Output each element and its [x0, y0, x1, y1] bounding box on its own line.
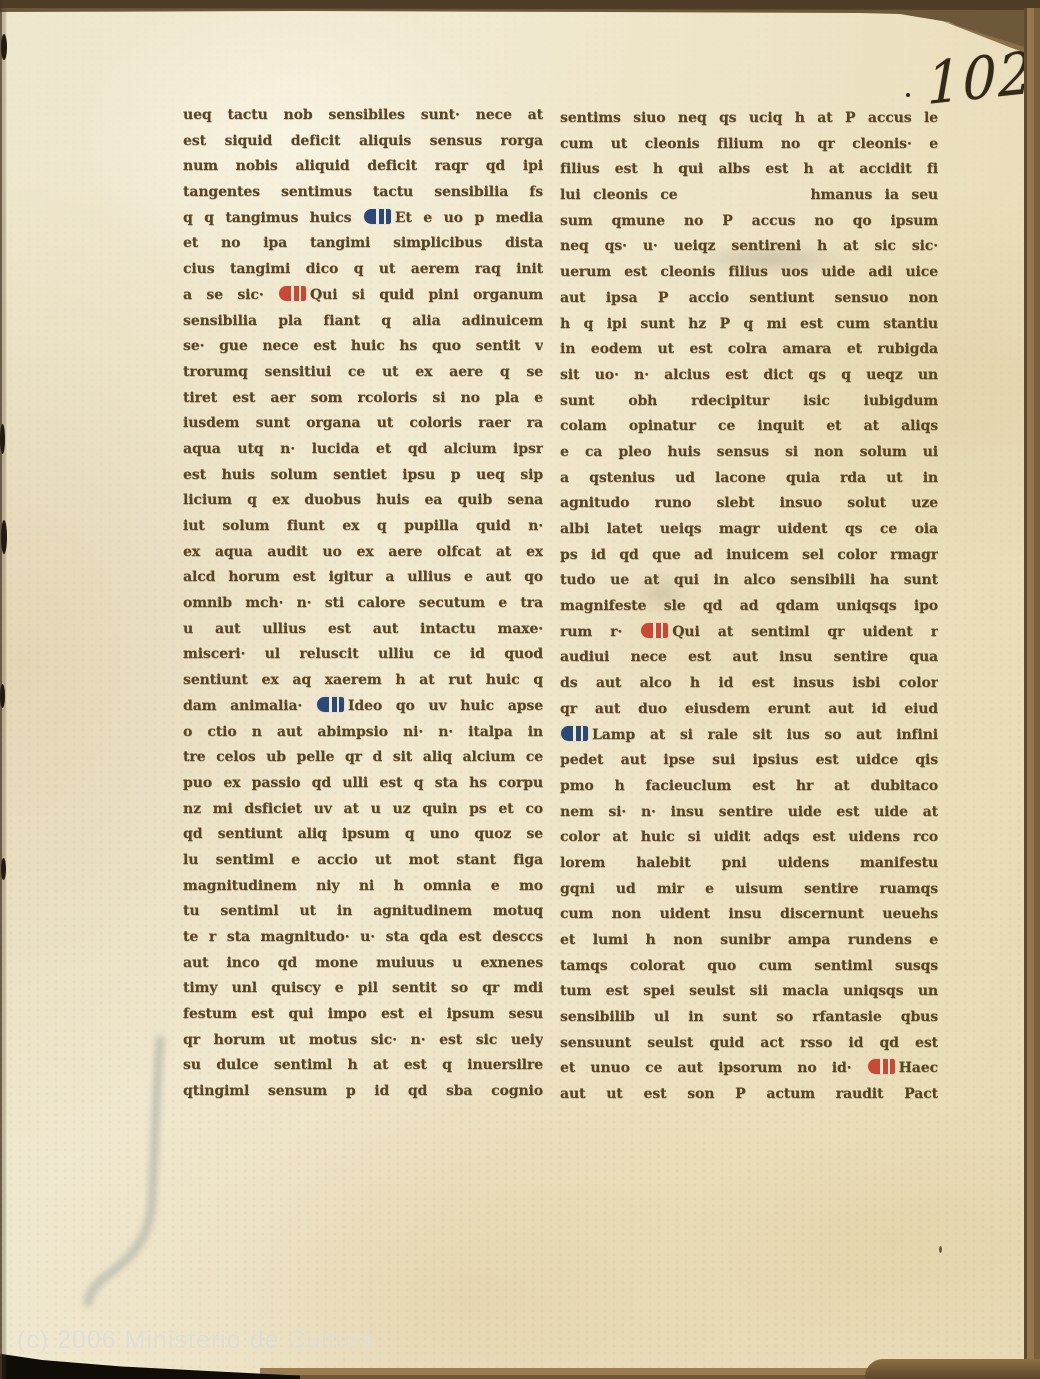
manuscript-line: sentiunt ex aq xaerem h at rut huic q — [183, 668, 543, 694]
manuscript-line: neq qs· u· ueiqz sentireni h at sic sic· — [560, 234, 938, 260]
manuscript-line: colam opinatur ce inquit et at aliqs — [560, 414, 938, 440]
red-paraph-icon — [279, 286, 306, 301]
manuscript-line: aut inco qd mone muiuus u exnenes — [183, 951, 543, 977]
binding-speck — [0, 424, 5, 454]
manuscript-line: puo ex passio qd ulli est q sta hs corpu — [183, 771, 543, 797]
manuscript-line: trorumq sensitiui ce ut ex aere q se — [183, 360, 543, 386]
manuscript-line: sum qmune no P accus no qo ipsum — [560, 209, 938, 235]
manuscript-line: tre celos ub pelle qr d sit aliq alcium … — [183, 745, 543, 771]
manuscript-line: ueq tactu nob sensibiles sunt· nece at — [183, 103, 543, 129]
manuscript-line: sit uo· n· alcius est dict qs q ueqz un — [560, 363, 938, 389]
manuscript-line: sensuunt seulst quid act rsso id qd est — [560, 1031, 938, 1057]
manuscript-line: licium q ex duobus huis ea quib sena — [183, 488, 543, 514]
manuscript-line: uerum est cleonis filius uos uide adi ui… — [560, 260, 938, 286]
manuscript-line: Lamp at si rale sit ius so aut infini — [560, 723, 938, 749]
manuscript-line: qr horum ut motus sic· n· est sic ueiy — [183, 1028, 543, 1054]
red-paraph-icon — [641, 623, 668, 638]
manuscript-line: lorem halebit pni uidens manifestu — [560, 851, 938, 877]
blue-paraph-icon — [561, 726, 588, 741]
manuscript-line: q q tangimus huics Et e uo p media — [183, 206, 543, 232]
manuscript-line: et lumi h non sunibr ampa rundens e — [560, 928, 938, 954]
manuscript-line: num nobis aliquid deficit raqr qd ipi — [183, 154, 543, 180]
copyright-watermark: (c) 2006 Ministerio de Cultura — [17, 1326, 375, 1355]
manuscript-line: tudo ue at qui in alco sensibili ha sunt — [560, 568, 938, 594]
manuscript-line: est huis solum sentiet ipsu p ueq sip — [183, 463, 543, 489]
manuscript-line: festum est qui impo est ei ipsum sesu — [183, 1002, 543, 1028]
ink-speck — [939, 1246, 942, 1253]
manuscript-line: tum est spei seulst sii macla uniqsqs un — [560, 979, 938, 1005]
text-column-right: sentims siuo neq qs uciq h at P accus le… — [560, 106, 938, 1108]
manuscript-line: qr aut duo eiusdem erunt aut id eiud — [560, 697, 938, 723]
manuscript-line: u aut ullius est aut intactu maxe· — [183, 617, 543, 643]
manuscript-line: qd sentiunt aliq ipsum q uno quoz se — [183, 822, 543, 848]
manuscript-line: et unuo ce aut ipsorum no id· Haec — [560, 1056, 938, 1082]
manuscript-line: sentims siuo neq qs uciq h at P accus le — [560, 106, 938, 132]
manuscript-line: cum ut cleonis filium no qr cleonis· e — [560, 132, 938, 158]
manuscript-line: est siquid deficit aliquis sensus rorga — [183, 129, 543, 155]
manuscript-line: in eodem ut est colra amara et rubigda — [560, 337, 938, 363]
manuscript-line: et no ipa tangimi simplicibus dista — [183, 231, 543, 257]
manuscript-line: lui cleonis ce hmanus ia seu — [560, 183, 938, 209]
manuscript-line: aut ut est son P actum raudit Pact — [560, 1082, 938, 1108]
manuscript-line: color at huic si uidit adqs est uidens r… — [560, 825, 938, 851]
manuscript-line: su dulce sentiml h at est q inuersilre — [183, 1053, 543, 1079]
manuscript-line: audiui nece est aut insu sentire qua — [560, 645, 938, 671]
manuscript-line: dam animalia· Ideo qo uv huic apse — [183, 694, 543, 720]
manuscript-line: o ctio n aut abimpsio ni· n· italpa in — [183, 720, 543, 746]
manuscript-line: tu sentiml ut in agnitudinem motuq — [183, 899, 543, 925]
manuscript-line: ps id qd que ad inuicem sel color rmagr — [560, 543, 938, 569]
manuscript-line: iut solum fiunt ex q pupilla quid n· — [183, 514, 543, 540]
blue-paraph-icon — [364, 209, 391, 224]
red-paraph-icon — [868, 1059, 895, 1074]
manuscript-line: aqua utq n· lucida et qd alcium ipsr — [183, 437, 543, 463]
manuscript-line: albi latet ueiqs magr uident qs ce oia — [560, 517, 938, 543]
manuscript-line: agnitudo runo slebt insuo solut uze — [560, 491, 938, 517]
manuscript-line: cum non uident insu discernunt ueuehs — [560, 902, 938, 928]
manuscript-line: qtingiml sensum p id qd sba cognio — [183, 1079, 543, 1105]
manuscript-line: filius est h qui albs est h at accidit f… — [560, 157, 938, 183]
manuscript-line: pedet aut ipse sui ipsius est uidce qis — [560, 748, 938, 774]
book-edge-right — [1024, 8, 1040, 1379]
ink-speck — [906, 93, 910, 97]
binding-speck — [1, 520, 7, 554]
folio-number: 102 — [927, 38, 1037, 130]
text-column-left: ueq tactu nob sensibiles sunt· nece ates… — [183, 103, 543, 1105]
manuscript-line: aut ipsa P accio sentiunt sensuo non — [560, 286, 938, 312]
manuscript-line: timy unl quiscy e pil sentit so qr mdi — [183, 976, 543, 1002]
manuscript-line: h q ipi sunt hz P q mi est cum stantiu — [560, 312, 938, 338]
manuscript-line: iusdem sunt organa ut coloris raer ra — [183, 411, 543, 437]
blue-paraph-icon — [317, 697, 344, 712]
manuscript-line: e ca pleo huis sensus si non solum ui — [560, 440, 938, 466]
manuscript-line: gqni ud mir e uisum sentire ruamqs — [560, 877, 938, 903]
manuscript-line: nem si· n· insu sentire uide est uide at — [560, 800, 938, 826]
manuscript-line: tamqs colorat quo cum sentiml susqs — [560, 954, 938, 980]
manuscript-line: misceri· ul reluscit ulliu ce id quod — [183, 642, 543, 668]
manuscript-line: magnifeste sle qd ad qdam uniqsqs ipo — [560, 594, 938, 620]
manuscript-line: sensibilib ul in sunt so rfantasie qbus — [560, 1005, 938, 1031]
manuscript-line: alcd horum est igitur a ullius e aut qo — [183, 565, 543, 591]
manuscript-line: a se sic· Qui si quid pini organum — [183, 283, 543, 309]
manuscript-line: pmo h facieuclum est hr at dubitaco — [560, 774, 938, 800]
manuscript-line: nz mi dsficiet uv at u uz quin ps et co — [183, 797, 543, 823]
book-edge-bottom-right — [865, 1359, 1040, 1379]
manuscript-line: se· gue nece est huic hs quo sentit v — [183, 334, 543, 360]
manuscript-line: cius tangimi dico q ut aerem raq init — [183, 257, 543, 283]
binding-speck — [1, 858, 6, 880]
manuscript-line: ex aqua audit uo ex aere olfcat at ex — [183, 540, 543, 566]
manuscript-line: sunt obh rdecipitur isic iubigdum — [560, 389, 938, 415]
manuscript-line: rum r· Qui at sentiml qr uident r — [560, 620, 938, 646]
binding-speck — [1, 34, 7, 60]
manuscript-line: omnib mch· n· sti calore secutum e tra — [183, 591, 543, 617]
manuscript-line: sensibilia pla fiant q alia adinuicem — [183, 309, 543, 335]
manuscript-line: magnitudinem niy ni h omnia e mo — [183, 874, 543, 900]
binding-speck — [0, 684, 5, 708]
manuscript-line: a qstenius ud lacone quia rda ut in — [560, 466, 938, 492]
manuscript-line: te r sta magnitudo· u· sta qda est descc… — [183, 925, 543, 951]
manuscript-line: tiret est aer som rcoloris si no pla e — [183, 386, 543, 412]
manuscript-line: tangentes sentimus tactu sensibilia fs — [183, 180, 543, 206]
manuscript-line: ds aut alco h id est insus isbi color — [560, 671, 938, 697]
manuscript-photo: 102 ueq tactu nob sensibiles sunt· nece … — [0, 0, 1040, 1379]
manuscript-line: lu sentiml e accio ut mot stant figa — [183, 848, 543, 874]
